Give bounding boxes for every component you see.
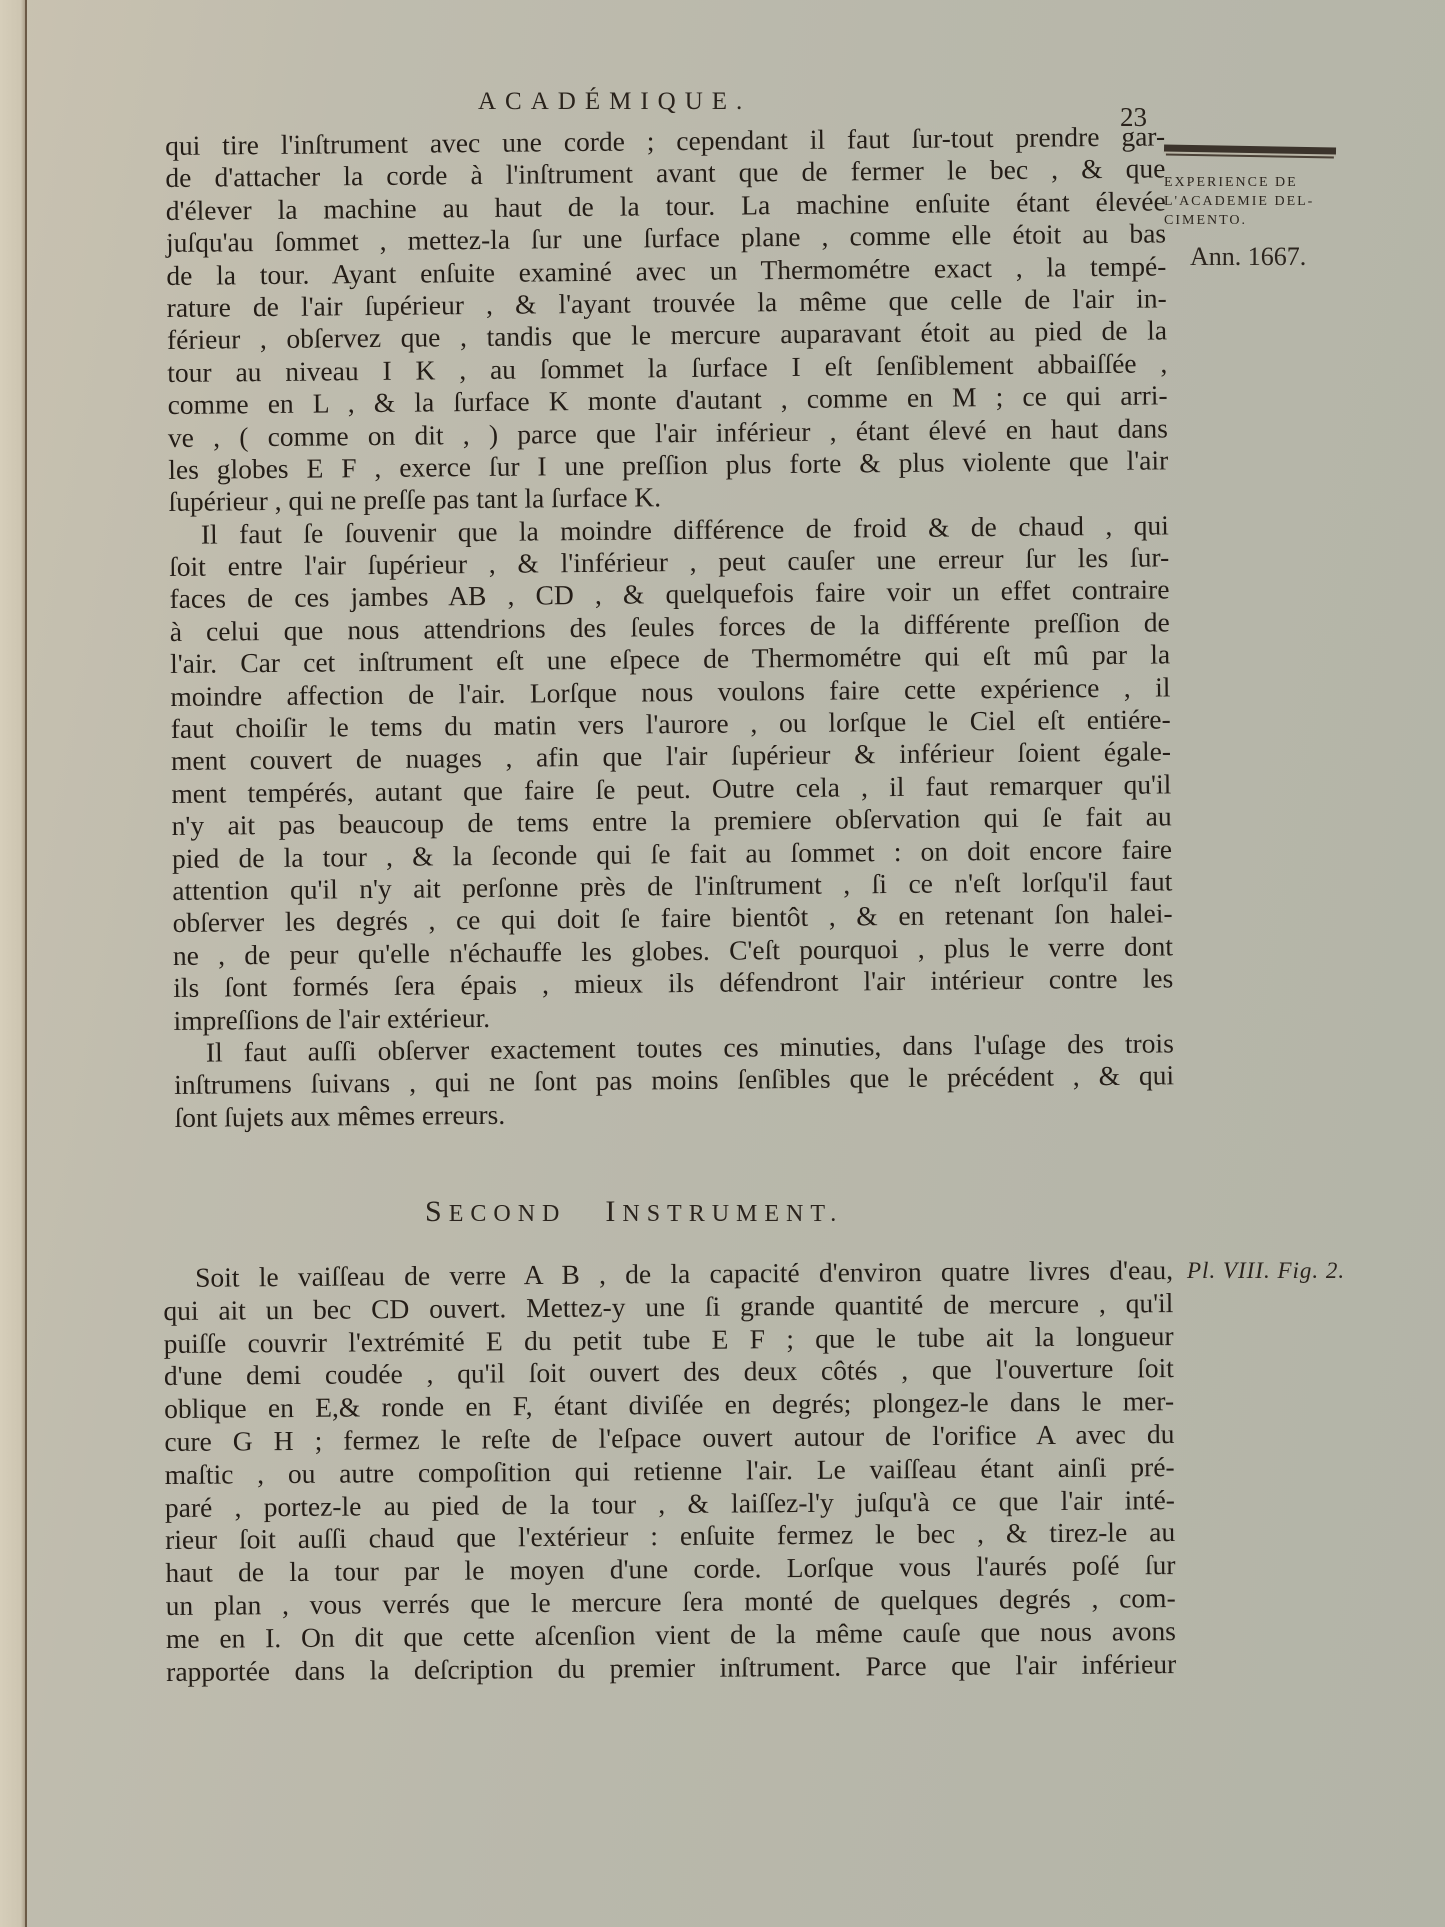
heading-rest: ECOND	[449, 1201, 567, 1227]
margin-year: Ann. 1667.	[1190, 242, 1344, 272]
book-page: ACADÉMIQUE. 23 Experience de l'Academie …	[0, 0, 1445, 1927]
margin-rule-divider	[1164, 144, 1336, 156]
section-heading: SECOND INSTRUMENT.	[425, 1195, 843, 1229]
body-text-section-2: Soit le vaiſſeau de verre A B , de la ca…	[163, 1254, 1176, 1688]
heading-initial: I	[605, 1195, 622, 1228]
body-text-section-1: qui tire l'inſtrument avec une corde ; c…	[165, 120, 1175, 1134]
margin-note: Experience de l'Academie del- cimento. A…	[1164, 146, 1344, 272]
plate-reference: Pl. VIII. Fig. 2.	[1187, 1258, 1345, 1284]
heading-rest: NSTRUMENT.	[622, 1201, 843, 1227]
heading-initial: S	[425, 1195, 449, 1228]
margin-caption-line: l'Academie del-	[1164, 192, 1344, 211]
margin-caption-line: cimento.	[1164, 211, 1344, 230]
running-title: ACADÉMIQUE.	[478, 88, 751, 116]
margin-caption-line: Experience de	[1164, 173, 1344, 192]
margin-caption: Experience de l'Academie del- cimento.	[1164, 173, 1344, 230]
